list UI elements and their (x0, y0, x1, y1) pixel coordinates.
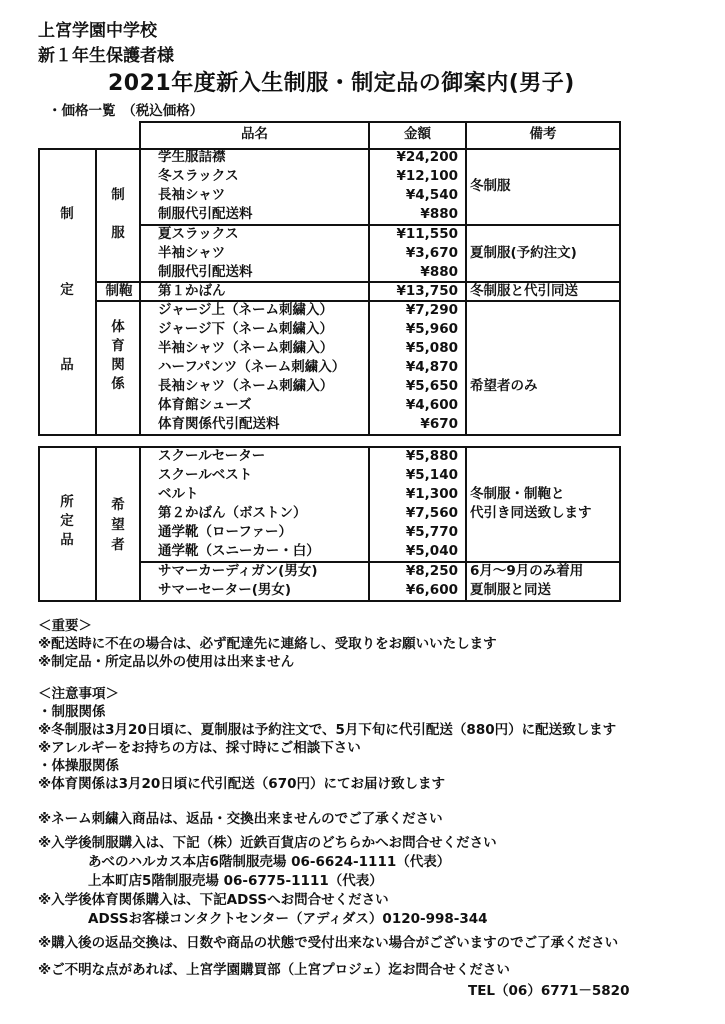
item-amount: ¥1,300 (366, 485, 458, 504)
category-label: 制 (52, 205, 82, 224)
sub-label: 望 (103, 516, 133, 535)
sub-label: 服 (103, 224, 133, 243)
page-title: 2021年度新入生制服・制定品の御案内(男子) (108, 66, 575, 97)
addressee: 新１年生保護者様 (38, 41, 174, 66)
item-amount: ¥5,140 (366, 466, 458, 485)
important-heading: ＜重要＞ (38, 617, 92, 635)
item-amount: ¥24,200 (366, 148, 458, 167)
adss-contact: ADSSお客様コンタクトセンター（アディダス）0120-998-344 (88, 910, 488, 928)
contact-note: ※ご不明な点があれば、上宮学園購買部（上宮プロジェ）迄お問合せください (38, 961, 510, 979)
item-amount: ¥4,600 (366, 396, 458, 415)
important-note: ※配送時に不在の場合は、必ず配達先に連絡し、受取りをお願いいたします (38, 635, 497, 653)
important-note: ※制定品・所定品以外の使用は出来ません (38, 653, 294, 671)
store-contact: 上本町店5階制服売場 06-6775-1111（代表） (88, 872, 383, 890)
item-name: ジャージ下（ネーム刺繍入） (158, 320, 333, 339)
item-name: スクールセーター (158, 447, 265, 466)
uniform-note: ※アレルギーをお持ちの方は、採寸時にご相談下さい (38, 739, 361, 757)
item-amount: ¥4,870 (366, 358, 458, 377)
item-name: 通学靴（スニーカー・白） (158, 542, 320, 561)
item-name: 体育館シューズ (158, 396, 252, 415)
uniform-note: ※冬制服は3月20日頃に、夏制服は予約注文で、5月下旬に代引配送（880円）に配… (38, 721, 616, 739)
item-name: 制服代引配送料 (158, 263, 253, 282)
pe-heading: ・体操服関係 (38, 757, 119, 775)
school-name: 上宮学園中学校 (38, 16, 157, 41)
sub-label: 育 (103, 337, 133, 356)
column-header-amount: 金額 (370, 121, 465, 148)
item-name: 長袖シャツ（ネーム刺繍入） (158, 377, 333, 396)
category-label: 品 (52, 356, 82, 375)
item-amount: ¥5,960 (366, 320, 458, 339)
item-amount: ¥670 (366, 415, 458, 434)
category-label: 所 (52, 493, 82, 512)
uniform-purchase-note: ※入学後制服購入は、下記（株）近鉄百貨店のどちらかへお問合せください (38, 834, 497, 852)
uniform-heading: ・制服関係 (38, 703, 106, 721)
item-name: 学生服詰襟 (158, 148, 226, 167)
item-amount: ¥13,750 (366, 282, 458, 301)
remark: 夏制服(予約注文) (470, 244, 577, 263)
sub-label: 関 (103, 356, 133, 375)
caution-heading: ＜注意事項＞ (38, 685, 119, 703)
store-contact: あべのハルカス本店6階制服売場 06-6624-1111（代表） (88, 853, 450, 871)
remark: 冬制服・制鞄と (470, 485, 565, 504)
sub-label: 希 (103, 496, 133, 515)
item-amount: ¥5,650 (366, 377, 458, 396)
divider (95, 148, 97, 436)
divider (465, 446, 467, 602)
item-name: ベルト (158, 485, 199, 504)
category-label: 品 (52, 531, 82, 550)
column-header-remarks: 備考 (467, 121, 619, 148)
remark: 代引き同送致します (470, 504, 592, 523)
item-name: スクールベスト (158, 466, 252, 485)
phone-number: TEL（06）6771－5820 (468, 982, 629, 1000)
sub-label: 者 (103, 536, 133, 555)
sub-label: 体 (103, 318, 133, 337)
item-amount: ¥5,880 (366, 447, 458, 466)
item-name: ハーフパンツ（ネーム刺繍入） (158, 358, 345, 377)
sub-label: 制鞄 (99, 282, 139, 301)
sub-label: 制 (103, 186, 133, 205)
item-name: ジャージ上（ネーム刺繍入） (158, 301, 333, 320)
embroidery-note: ※ネーム刺繍入商品は、返品・交換出来ませんのでご了承ください (38, 810, 443, 828)
item-amount: ¥880 (366, 263, 458, 282)
item-amount: ¥6,600 (366, 581, 458, 600)
item-name: 冬スラックス (158, 167, 239, 186)
item-amount: ¥5,040 (366, 542, 458, 561)
remark: 冬制服と代引同送 (470, 282, 578, 301)
column-header-name: 品名 (141, 121, 368, 148)
pe-note: ※体育関係は3月20日頃に代引配送（670円）にてお届け致します (38, 775, 445, 793)
divider (95, 446, 97, 602)
item-amount: ¥7,290 (366, 301, 458, 320)
divider (139, 446, 141, 602)
item-name: 第２かばん（ボストン） (158, 504, 307, 523)
item-name: 夏スラックス (158, 225, 239, 244)
item-amount: ¥5,080 (366, 339, 458, 358)
item-amount: ¥880 (366, 205, 458, 224)
remark: 6月～9月のみ着用 (470, 562, 583, 581)
remark: 夏制服と同送 (470, 581, 551, 600)
item-amount: ¥4,540 (366, 186, 458, 205)
item-amount: ¥7,560 (366, 504, 458, 523)
pe-purchase-note: ※入学後体育関係購入は、下記ADSSへお問合せください (38, 891, 389, 909)
item-name: 通学靴（ローファー） (158, 523, 292, 542)
category-label: 定 (52, 512, 82, 531)
category-label: 定 (52, 281, 82, 300)
item-name: サマーセーター(男女) (158, 581, 291, 600)
item-name: 第１かばん (158, 282, 226, 301)
item-name: サマーカーディガン(男女) (158, 562, 318, 581)
item-amount: ¥8,250 (366, 562, 458, 581)
divider (139, 148, 141, 436)
divider (465, 148, 467, 436)
remark: 希望者のみ (470, 377, 538, 396)
item-amount: ¥12,100 (366, 167, 458, 186)
item-name: 長袖シャツ (158, 186, 225, 205)
price-list-label: ・価格一覧 （税込価格） (48, 99, 203, 119)
returns-note: ※購入後の返品交換は、日数や商品の状態で受付出来ない場合がございますのでご了承く… (38, 934, 618, 952)
sub-label: 係 (103, 375, 133, 394)
remark: 冬制服 (470, 177, 511, 196)
item-name: 制服代引配送料 (158, 205, 253, 224)
item-amount: ¥3,670 (366, 244, 458, 263)
item-name: 半袖シャツ (158, 244, 225, 263)
item-name: 体育関係代引配送料 (158, 415, 280, 434)
item-name: 半袖シャツ（ネーム刺繍入） (158, 339, 333, 358)
item-amount: ¥5,770 (366, 523, 458, 542)
item-amount: ¥11,550 (366, 225, 458, 244)
